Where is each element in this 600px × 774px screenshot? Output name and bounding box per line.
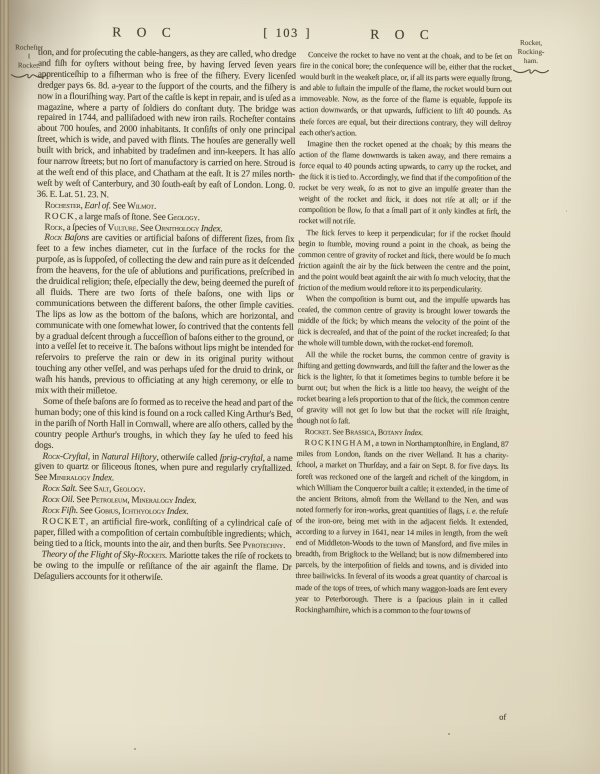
text-segment: ROCKET — [42, 516, 86, 526]
paragraph: When the compoſition is burnt out, and t… — [297, 293, 509, 350]
running-title-left: R O C — [112, 24, 173, 41]
text-segment: Rock — [42, 505, 59, 515]
text-column-left: tion, and for proſecuting the cable-hang… — [33, 47, 296, 584]
text-segment: The ſtick ſerves to keep it perpendicula… — [298, 228, 511, 294]
text-segment: Index. — [201, 223, 223, 233]
text-segment: When the compoſition is burnt out, and t… — [297, 294, 509, 349]
catchword: of — [294, 710, 506, 722]
paragraph: The ſtick ſerves to keep it perpendicula… — [298, 226, 511, 294]
text-segment: Rock — [42, 450, 59, 460]
text-segment: ROCK — [45, 210, 75, 220]
text-segment: Index. — [404, 428, 423, 437]
text-segment: Vulture — [108, 222, 137, 232]
page-number: [ 103 ] — [263, 26, 311, 41]
book-page-scan: R O C [ 103 ] R O C Rocheſter ‖ Rocket. … — [0, 0, 600, 774]
text-segment: tion, and for proſecuting the cable-hang… — [37, 47, 296, 199]
margin-note-line: Rocket, — [509, 39, 553, 48]
paragraph: Theory of the Flight of Sky-Rockets. Mar… — [33, 548, 291, 583]
scan-speck — [134, 748, 136, 750]
paragraph: Some of theſe baſons are ſo formed as to… — [35, 396, 293, 453]
paragraph: Conceive the rocket to have no vent at t… — [299, 49, 512, 140]
text-segment: Index. — [167, 506, 189, 516]
text-segment: -Cryſtal — [60, 450, 88, 460]
text-segment: , otherwiſe called — [156, 451, 219, 462]
text-segment: Conceive the rocket to have no vent at t… — [299, 50, 512, 137]
margin-note-line: Rocking- — [509, 48, 553, 57]
text-segment: Salt — [93, 483, 109, 493]
text-segment: . See — [329, 427, 345, 436]
text-segment: ROCKINGHAM — [305, 438, 372, 448]
text-segment: Rock — [44, 221, 62, 231]
text-segment: Rochester — [45, 199, 81, 209]
text-segment: Petroleum — [91, 494, 128, 504]
paragraph: Rock-Cryſtal, in Natural Hiſtory, otherw… — [34, 450, 292, 485]
text-segment: Pyrotechny — [242, 539, 283, 549]
text-segment: See — [78, 505, 94, 515]
scan-speck — [566, 210, 567, 212]
paragraph: ROCKET, an artificial fire-work, conſiſt… — [34, 516, 292, 551]
margin-note-line: ham. — [509, 57, 553, 66]
text-segment: Natural Hiſtory — [101, 451, 156, 461]
text-segment: Rock — [42, 483, 59, 493]
text-segment: Wilmot — [127, 200, 154, 210]
text-segment: , a ſpecies of — [63, 221, 108, 231]
paragraph: tion, and for proſecuting the cable-hang… — [37, 47, 296, 202]
text-segment: . — [283, 540, 285, 550]
paragraph: Imagine then the rocket opened at the ch… — [299, 138, 512, 229]
text-segment: Index. — [92, 473, 114, 483]
text-segment: See — [77, 483, 93, 493]
text-segment: Rocket — [305, 427, 330, 436]
text-segment: , in — [88, 451, 102, 461]
text-segment: the refuſe of the iron-ore, being met wi… — [295, 506, 508, 615]
text-segment: i. e. — [466, 506, 477, 515]
paragraph: All the while the rocket burns, the comm… — [297, 349, 510, 429]
text-segment: Salt. — [60, 483, 78, 493]
text-segment: . — [198, 212, 200, 222]
text-segment: Imagine then the rocket opened at the ch… — [299, 139, 512, 226]
text-segment: Brassica — [345, 428, 375, 437]
text-column-right: Conceive the rocket to have no vent at t… — [295, 49, 512, 617]
text-segment: Some of theſe baſons are ſo formed as to… — [35, 396, 293, 450]
text-segment: . — [143, 484, 145, 494]
text-segment: Baſons — [62, 232, 89, 242]
scanned-content: R O C [ 103 ] R O C Rocheſter ‖ Rocket. … — [0, 0, 600, 774]
text-segment: Geology — [113, 484, 143, 494]
text-segment: . See — [136, 222, 155, 232]
text-segment: Botany — [378, 428, 403, 437]
text-segment: Mineralogy — [49, 472, 91, 482]
margin-flourish-icon — [512, 67, 550, 76]
text-segment: All the while the rocket burns, the comm… — [297, 350, 510, 426]
text-segment: Theory of the Flight of Sky- — [42, 548, 138, 559]
margin-note-right: Rocket, Rocking- ham. — [509, 39, 553, 76]
text-segment: Geology — [167, 211, 197, 221]
text-segment: Oil. — [59, 494, 74, 504]
text-segment: Rock — [42, 494, 59, 504]
text-segment: Rock — [44, 232, 61, 242]
text-segment: Earl of. — [84, 200, 111, 210]
text-segment: , a town in Northamptonſhire, in England… — [296, 439, 509, 515]
text-segment: Ichthyology — [122, 506, 165, 516]
text-segment: Index. — [175, 495, 197, 505]
scan-speck — [448, 733, 450, 735]
text-segment: See — [111, 200, 127, 210]
running-title-right: R O C — [370, 27, 431, 44]
text-segment: Gobius — [94, 505, 118, 515]
text-segment: , a large maſs of ſtone. See — [75, 211, 168, 222]
paragraph: ROCKINGHAM, a town in Northamptonſhire, … — [295, 437, 509, 616]
text-segment: Rockets — [138, 549, 165, 559]
text-segment: are cavities or artificial baſons of dif… — [35, 233, 294, 396]
text-segment: Mineralogy — [131, 495, 173, 505]
text-segment: See — [75, 494, 91, 504]
paragraph: Rock Baſons are cavities or artificial b… — [35, 232, 294, 398]
text-segment: . — [154, 200, 156, 210]
text-segment: Ornithology — [155, 222, 199, 232]
text-segment: Fiſh. — [59, 505, 78, 515]
running-head: R O C [ 103 ] R O C — [1, 0, 600, 3]
text-segment: ſprig-cryſtal — [220, 452, 263, 462]
